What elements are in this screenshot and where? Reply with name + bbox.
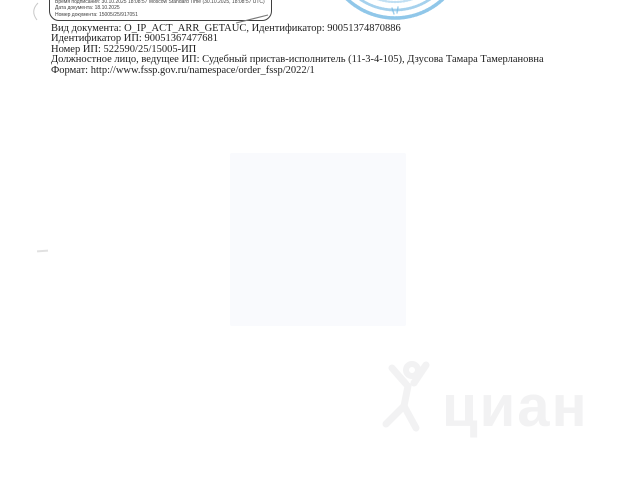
format-url-line: Формат: http://www.fssp.gov.ru/namespace… bbox=[51, 66, 611, 76]
document-page: Время подписания: 30.10.2025 18:08:57 Mo… bbox=[0, 0, 638, 480]
cian-person-icon bbox=[368, 358, 440, 440]
round-stamp-icon bbox=[323, 0, 467, 22]
document-metadata: Вид документа: O_IP_ACT_ARR_GETAUC, Иден… bbox=[51, 24, 611, 76]
page-edge-mark bbox=[27, 2, 41, 22]
cian-logo-text-svg: циан bbox=[442, 358, 600, 440]
watermark-text: циан bbox=[442, 374, 589, 439]
left-margin-mark bbox=[37, 250, 48, 252]
cian-watermark: циан bbox=[368, 350, 598, 440]
faded-image-placeholder bbox=[230, 153, 406, 326]
